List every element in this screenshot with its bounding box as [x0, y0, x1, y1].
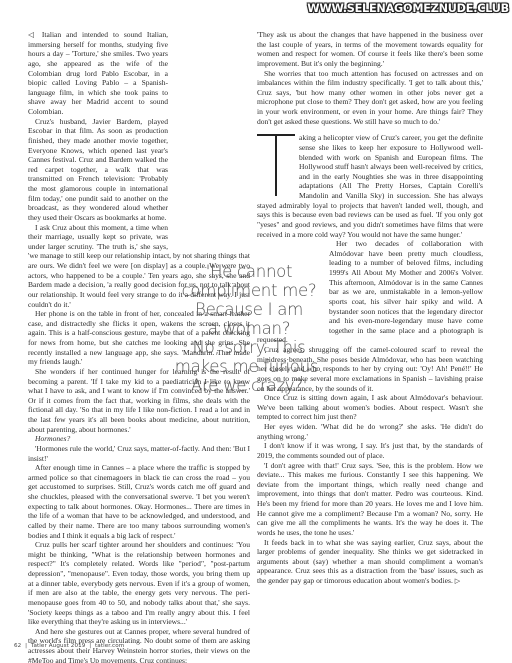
- watermark: WWW.SELENAGOMEZNUDE.CLUB: [307, 2, 509, 15]
- drop-cap-letter-t: [257, 134, 295, 196]
- pull-quote-line: compliment me?: [173, 281, 325, 300]
- footer-separator: |: [23, 643, 29, 649]
- page-footer: 62 | Tatler August 2019 | tatler.com: [14, 643, 124, 649]
- pull-quote-line: Are we crazy?': [173, 376, 325, 395]
- paragraph: It feeds back in to what she was saying …: [257, 538, 483, 587]
- pull-quote-line: No, sorry. This: [173, 338, 325, 357]
- paragraph: Her eyes widen. 'What did he do wrong?' …: [257, 422, 483, 441]
- paragraph: I don't know if it was wrong, I say. It'…: [257, 441, 483, 460]
- paragraph: 'They ask us about the changes that have…: [257, 30, 483, 69]
- paragraph: Once Cruz is sitting down again, I ask a…: [257, 393, 483, 422]
- pull-quote: 'He cannot compliment me? Because I am a…: [173, 262, 325, 395]
- pull-quote-line: 'He cannot: [173, 262, 325, 281]
- footer-separator: |: [87, 643, 93, 649]
- paragraph-drop-cap: aking a helicopter view of Cruz's career…: [257, 133, 483, 239]
- paragraph-italic: Hormones?: [28, 434, 250, 444]
- paragraph: 'I don't agree with that!' Cruz says. 'S…: [257, 461, 483, 538]
- end-arrow-icon: ▷: [455, 577, 460, 585]
- page-number: 62: [14, 643, 21, 649]
- continue-arrow-icon: ◁: [28, 30, 37, 39]
- paragraph: Cruz pulls her scarf tighter around her …: [28, 540, 250, 627]
- drop-cap-stem: [275, 134, 277, 196]
- paragraph: 'Hormones rule the world,' Cruz says, ma…: [28, 444, 250, 463]
- paragraph: ◁ Italian and intended to sound Italian,…: [28, 30, 250, 117]
- paragraph: She worries that too much attention has …: [257, 69, 483, 127]
- paragraph: After enough time in Cannes – a place wh…: [28, 463, 250, 540]
- pull-quote-line: Because I am: [173, 300, 325, 319]
- website-link: tatler.com: [95, 643, 124, 649]
- pull-quote-line: makes me furious.: [173, 357, 325, 376]
- pull-quote-line: a woman?: [173, 319, 325, 338]
- publication-name: Tatler August 2019: [31, 643, 86, 649]
- pull-quote-gap: [168, 110, 250, 246]
